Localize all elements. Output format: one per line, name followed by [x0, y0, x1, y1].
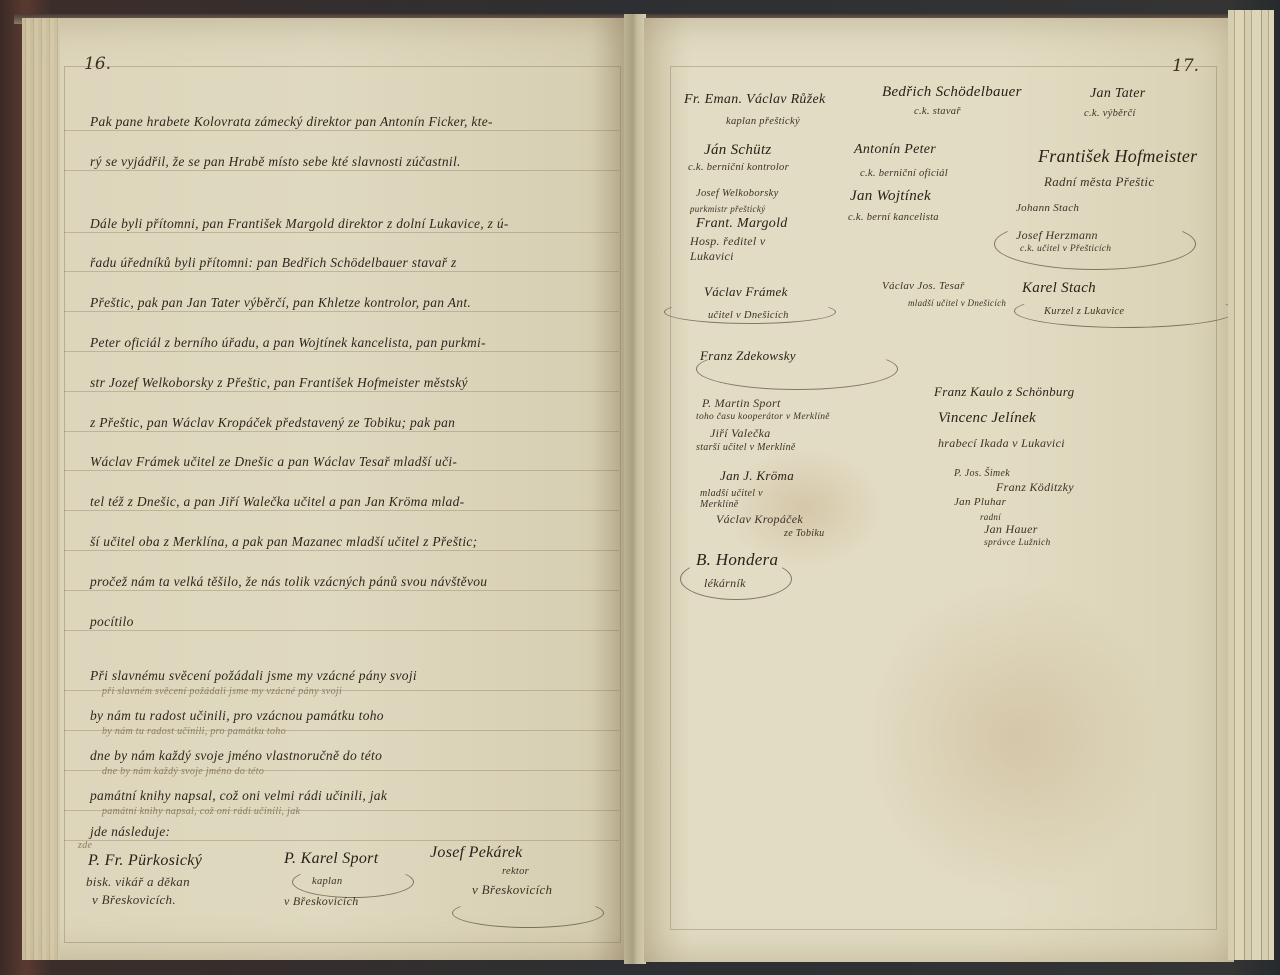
- flourish: [292, 866, 414, 898]
- water-stain: [864, 578, 1164, 898]
- text-line: z Přeštic, pan Wáclav Kropáček představe…: [90, 415, 455, 431]
- signature-name: Antonín Peter: [854, 142, 936, 158]
- interlinear-gloss: památní knihy napsal, což oni rádi učini…: [102, 806, 300, 817]
- text-line: pocítilo: [90, 614, 134, 630]
- left-page: 16. Pak pane hrabete Kolovrata zámecký d…: [22, 18, 626, 960]
- signature-name: Franz Kaulo z Schönburg: [934, 384, 1074, 400]
- text-line: řadu úředníků byli přítomni: pan Bedřich…: [90, 255, 457, 271]
- signature-title: rektor: [502, 866, 529, 877]
- signature-name: Jan Tater: [1090, 86, 1145, 102]
- text-line: jde následuje:: [90, 824, 170, 840]
- text-line: by nám tu radost učinili, pro vzácnou pa…: [90, 708, 384, 724]
- signature-name: Ján Schütz: [704, 142, 772, 159]
- signature-name: František Hofmeister: [1038, 146, 1197, 167]
- signature-title: c.k. berniční kontrolor: [688, 162, 789, 173]
- signature-name: Jan Wojtínek: [850, 188, 931, 205]
- signature-name: Frant. Margold: [696, 216, 788, 232]
- signature-title: Radní města Přeštic: [1044, 174, 1154, 190]
- text-line: Přeštic, pak pan Jan Tater výběrčí, pan …: [90, 295, 471, 311]
- interlinear-gloss: zde: [78, 840, 92, 851]
- text-line: památní knihy napsal, což oni velmi rádi…: [90, 788, 387, 804]
- signature-name: Václav Jos. Tesař: [882, 280, 965, 292]
- signature-title: kaplan přeštický: [726, 116, 800, 127]
- interlinear-gloss: dne by nám každý svoje jméno do této: [102, 766, 264, 777]
- signature-title: ze Tobiku: [784, 528, 824, 539]
- signature-name: P. Martin Sport: [702, 396, 781, 411]
- signature-name: Jan Pluhar: [954, 496, 1006, 508]
- right-page-stack-edges: [1228, 10, 1274, 960]
- text-line: rý se vyjádřil, že se pan Hrabě místo se…: [90, 154, 461, 170]
- signature-title: mladší učitel v Merklíně: [700, 488, 800, 510]
- left-page-stack-edges: [22, 18, 60, 960]
- flourish: [680, 558, 792, 600]
- text-line: str Jozef Welkoborsky z Přeštic, pan Fra…: [90, 375, 468, 391]
- signature-title: purkmistr přeštický: [690, 204, 765, 214]
- signature-name: Jan J. Kröma: [720, 468, 794, 484]
- flourish: [452, 898, 604, 928]
- left-page-number: 16.: [84, 54, 111, 74]
- signature-place: v Břeskovicích.: [92, 892, 176, 908]
- interlinear-gloss: by nám tu radost učinili, pro památku to…: [102, 726, 286, 737]
- text-line: Při slavnému svěcení požádali jsme my vz…: [90, 668, 417, 684]
- interlinear-gloss: při slavném svěcení požádali jsme my vzá…: [102, 686, 342, 697]
- flourish: [1014, 294, 1236, 328]
- signature-name: Franz Köditzky: [996, 480, 1074, 495]
- signature-title: bisk. vikář a děkan: [86, 874, 190, 890]
- text-line: Wáclav Frámek učitel ze Dnešic a pan Wác…: [90, 454, 457, 470]
- signature-name: Jan Hauer: [984, 522, 1038, 537]
- flourish: [664, 300, 836, 324]
- right-page: 17. Fr. Eman. Václav Růžek kaplan přešti…: [644, 18, 1234, 962]
- book-gutter: [624, 14, 646, 964]
- text-line: Peter oficiál z berního úřadu, a pan Woj…: [90, 335, 486, 351]
- signature-place: v Břeskovicích: [472, 882, 552, 898]
- flourish: [696, 348, 898, 390]
- signature-name: Jiří Valečka: [710, 426, 771, 441]
- text-line: Pak pane hrabete Kolovrata zámecký direk…: [90, 114, 493, 130]
- right-page-number: 17.: [1172, 56, 1199, 76]
- flourish: [994, 218, 1196, 270]
- signature-title: správce Lužnich: [984, 538, 1051, 548]
- text-line: Dále byli přítomni, pan František Margol…: [90, 216, 509, 232]
- signature-name: Bedřich Schödelbauer: [882, 84, 1022, 101]
- text-line: ší učitel oba z Merklína, a pak pan Maza…: [90, 534, 477, 550]
- text-line: dne by nám každý svoje jméno vlastnoručn…: [90, 748, 382, 764]
- signature-name: P. Jos. Šimek: [954, 468, 1010, 479]
- signature-title: c.k. berní kancelista: [848, 212, 939, 223]
- signature-name: Johann Stach: [1016, 202, 1079, 214]
- signature-name: Vincenc Jelínek: [938, 410, 1036, 427]
- signature-title: Hosp. ředitel v Lukavici: [690, 234, 810, 264]
- signature-title: starší učitel v Merklíně: [696, 442, 796, 453]
- signature-title: c.k. berniční oficiál: [860, 168, 948, 179]
- signature-name: Josef Pekárek: [430, 844, 523, 862]
- signature-title: toho času kooperátor v Merklíně: [696, 412, 830, 422]
- signature-name: Václav Kropáček: [716, 512, 803, 527]
- text-line: pročež nám ta velká těšilo, že nás tolik…: [90, 574, 487, 590]
- signature-title: hrabecí Ikada v Lukavici: [938, 436, 1065, 451]
- signature-title: c.k. výběrčí: [1084, 108, 1136, 119]
- text-line: tel též z Dnešic, a pan Jiří Walečka uči…: [90, 494, 464, 510]
- signature-name: Josef Welkoborsky: [696, 188, 779, 199]
- signature-name: Fr. Eman. Václav Růžek: [684, 92, 826, 108]
- signature-title: mladší učitel v Dnešicích: [908, 298, 1006, 308]
- signature-title: c.k. stavař: [914, 106, 961, 117]
- signature-title: radní: [980, 512, 1001, 522]
- signature-name: P. Fr. Pürkosický: [88, 852, 202, 870]
- signature-name: Václav Frámek: [704, 284, 788, 300]
